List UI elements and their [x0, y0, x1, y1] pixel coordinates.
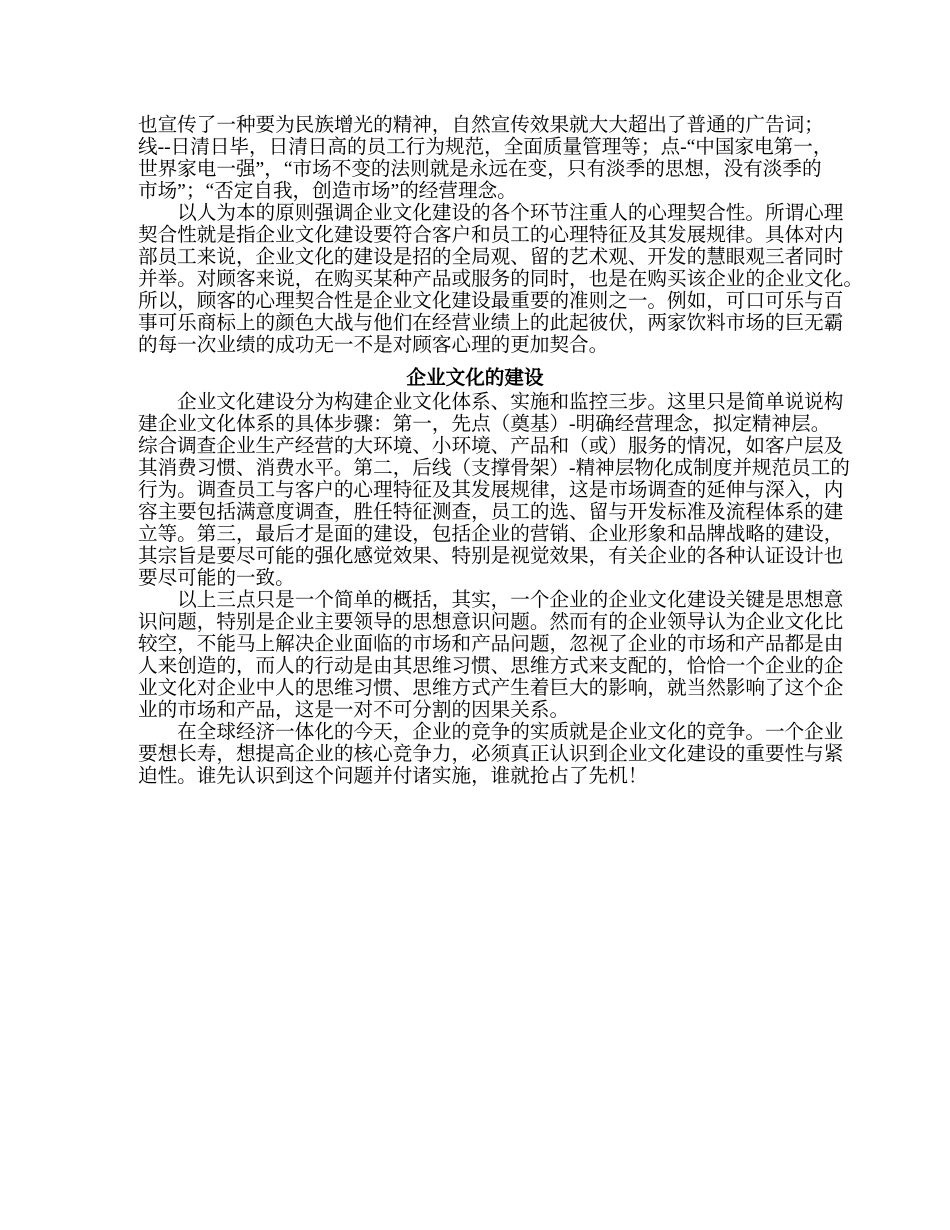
- paragraph-three-steps: 企业文化建设分为构建企业文化体系、实施和监控三步。这里只是简单说说构 建企业文化…: [138, 392, 950, 590]
- paragraph-continuation: 也宣传了一种要为民族增光的精神，自然宣传效果就大大超出了普通的广告词； 线--日…: [138, 115, 950, 203]
- section-heading: 企业文化的建设: [0, 368, 950, 390]
- document-body: 也宣传了一种要为民族增光的精神，自然宣传效果就大大超出了普通的广告词； 线--日…: [0, 115, 950, 788]
- paragraph-ideology: 以上三点只是一个简单的概括，其实，一个企业的企业文化建设关键是思想意 识问题，特…: [138, 590, 950, 722]
- document-page: 也宣传了一种要为民族增光的精神，自然宣传效果就大大超出了普通的广告词； 线--日…: [0, 0, 950, 1230]
- paragraph-psychological-fit: 以人为本的原则强调企业文化建设的各个环节注重人的心理契合性。所谓心理 契合性就是…: [138, 203, 950, 357]
- paragraph-conclusion: 在全球经济一体化的今天，企业的竞争的实质就是企业文化的竞争。一个企业 要想长寿，…: [138, 722, 950, 788]
